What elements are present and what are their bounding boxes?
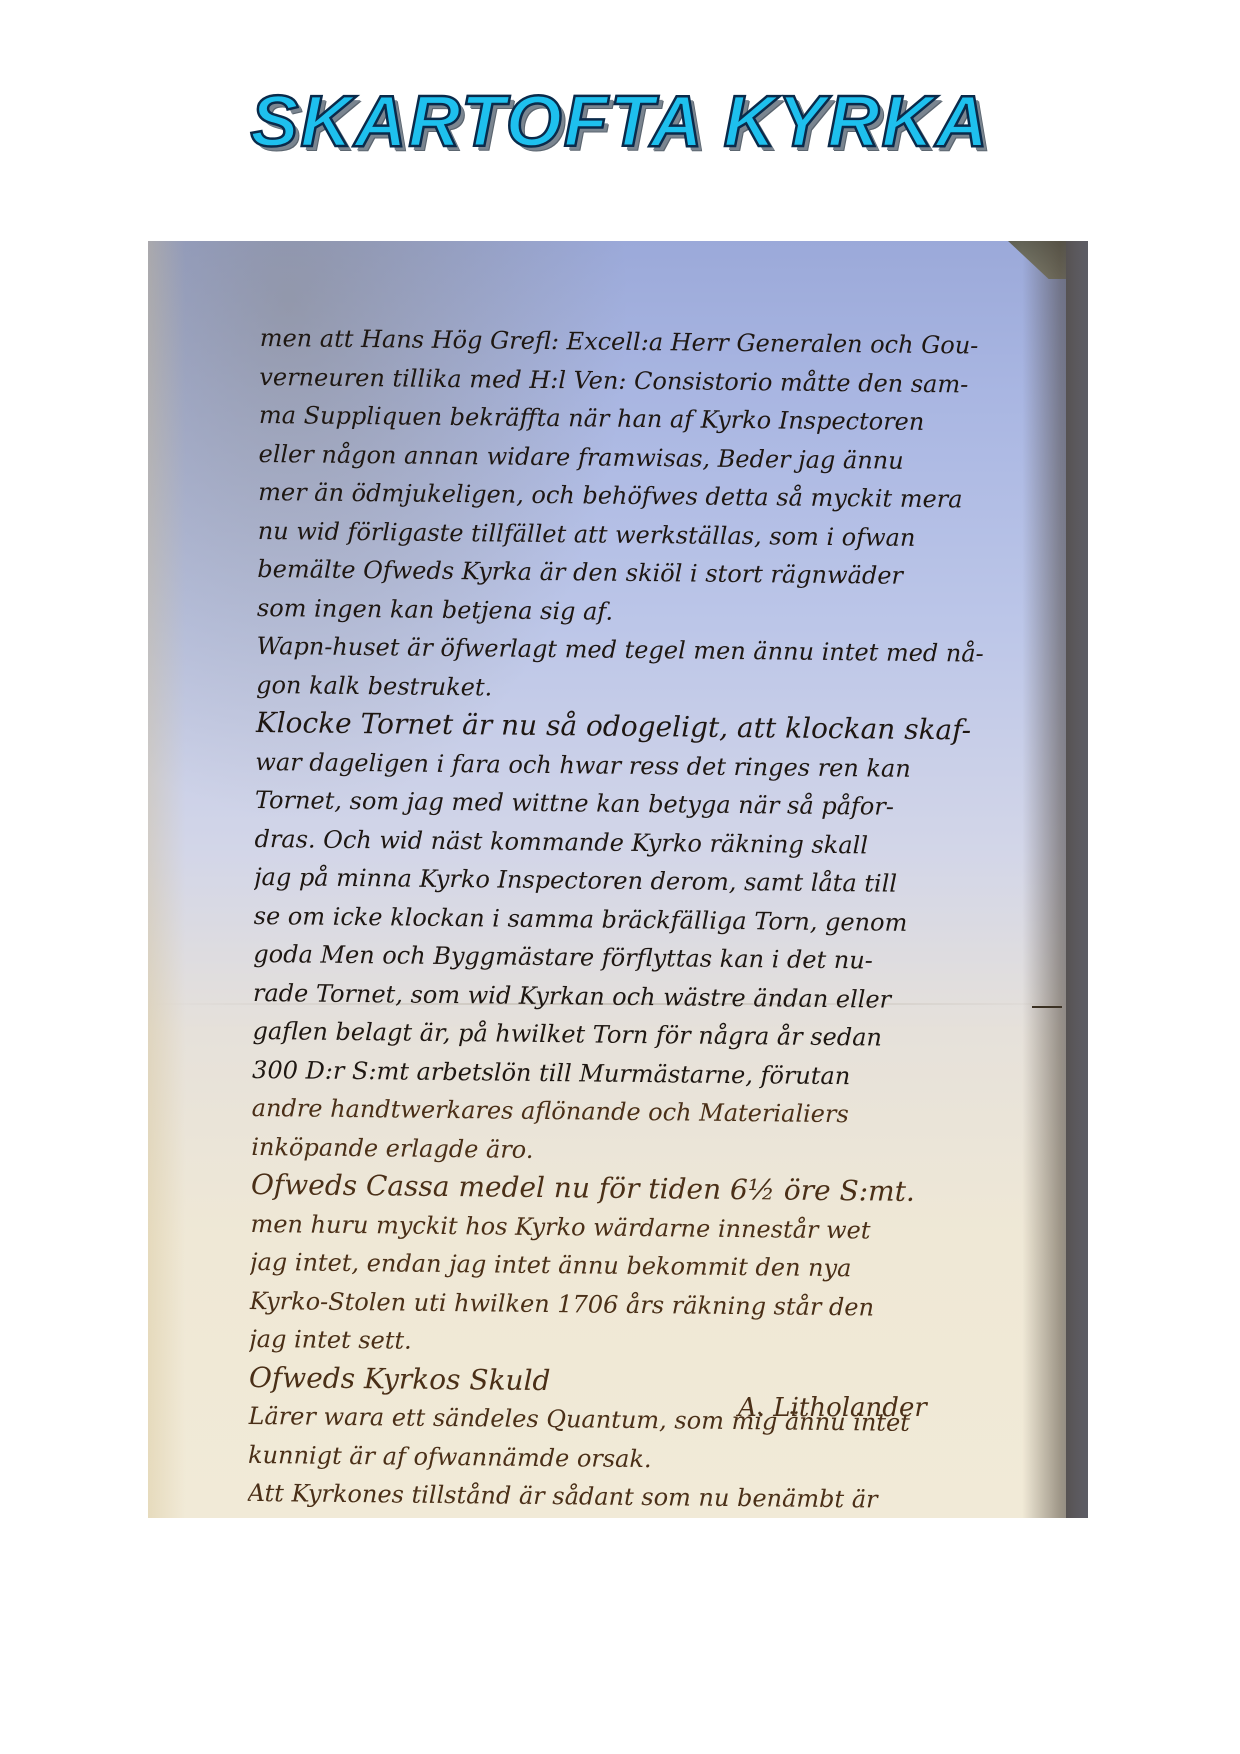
paper-tear xyxy=(1032,1006,1062,1008)
manuscript-photo: men att Hans Hög Grefl: Excell:a Herr Ge… xyxy=(148,241,1088,1518)
page-edge xyxy=(1066,241,1088,1518)
page-title: SKARTOFTA KYRKA xyxy=(0,82,1240,162)
folded-corner xyxy=(1008,241,1066,279)
manuscript-line: Att Kyrkones tillstånd är sådant som nu … xyxy=(248,1474,1018,1518)
handwritten-text: men att Hans Hög Grefl: Excell:a Herr Ge… xyxy=(247,319,1030,1518)
signature: A. Litholander xyxy=(738,1393,927,1423)
